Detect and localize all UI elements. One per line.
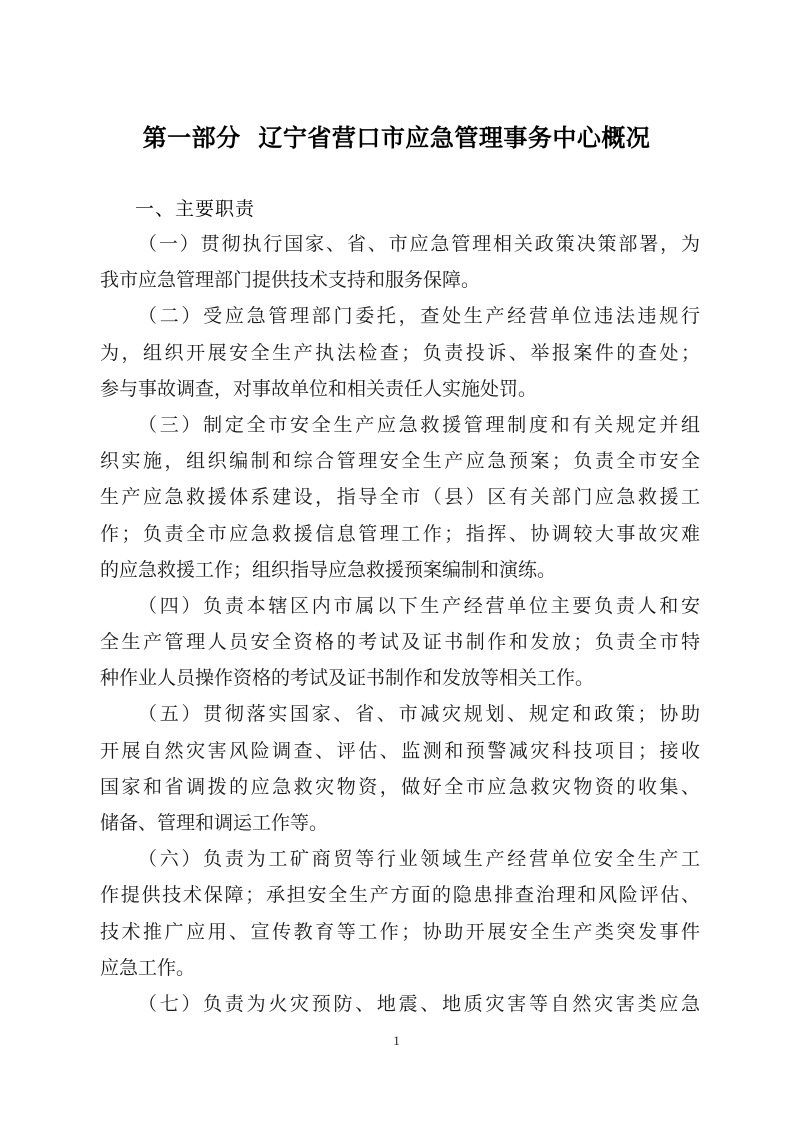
paragraph-line: 储备、管理和调运工作等。 [100, 805, 700, 841]
paragraph-line: 国家和省调拨的应急救灾物资，做好全市应急救灾物资的收集、 [100, 769, 700, 805]
body-text: （一）贯彻执行国家、省、市应急管理相关政策决策部署，为我市应急管理部门提供技术支… [100, 226, 700, 1022]
paragraph-first-line: （六）负责为工矿商贸等行业领域生产经营单位安全生产工 [100, 841, 700, 877]
section-heading: 一、主要职责 [135, 194, 255, 221]
paragraph-line: 全生产管理人员安全资格的考试及证书制作和发放；负责全市特 [100, 624, 700, 660]
paragraph-line: 应急工作。 [100, 950, 700, 986]
paragraph-line: 作；负责全市应急救援信息管理工作；指挥、协调较大事故灾难 [100, 516, 700, 552]
paragraph-line: 作提供技术保障；承担安全生产方面的隐患排查治理和风险评估、 [100, 877, 700, 913]
paragraph-line: 为，组织开展安全生产执法检查；负责投诉、举报案件的查处； [100, 335, 700, 371]
paragraph-line: 开展自然灾害风险调查、评估、监测和预警减灾科技项目；接收 [100, 733, 700, 769]
paragraph-line: 我市应急管理部门提供技术支持和服务保障。 [100, 262, 700, 298]
paragraph-first-line: （四）负责本辖区内市属以下生产经营单位主要负责人和安 [100, 588, 700, 624]
paragraph-first-line: （七）负责为火灾预防、地震、地质灾害等自然灾害类应急 [100, 986, 700, 1022]
paragraph-line: 生产应急救援体系建设，指导全市（县）区有关部门应急救援工 [100, 479, 700, 515]
paragraph-first-line: （二）受应急管理部门委托，查处生产经营单位违法违规行 [100, 298, 700, 334]
paragraph-line: 技术推广应用、宣传教育等工作；协助开展安全生产类突发事件 [100, 914, 700, 950]
document-page: 第一部分 辽宁省营口市应急管理事务中心概况 一、主要职责 （一）贯彻执行国家、省… [0, 0, 793, 1122]
paragraph-line: 织实施，组织编制和综合管理安全生产应急预案；负责全市安全 [100, 443, 700, 479]
paragraph-first-line: （三）制定全市安全生产应急救援管理制度和有关规定并组 [100, 407, 700, 443]
paragraph-line: 的应急救援工作；组织指导应急救援预案编制和演练。 [100, 552, 700, 588]
paragraph-first-line: （五）贯彻落实国家、省、市减灾规划、规定和政策；协助 [100, 696, 700, 732]
paragraph-first-line: （一）贯彻执行国家、省、市应急管理相关政策决策部署，为 [100, 226, 700, 262]
paragraph-line: 种作业人员操作资格的考试及证书制作和发放等相关工作。 [100, 660, 700, 696]
page-title: 第一部分 辽宁省营口市应急管理事务中心概况 [0, 118, 793, 153]
page-number: 1 [0, 1033, 793, 1049]
paragraph-line: 参与事故调查，对事故单位和相关责任人实施处罚。 [100, 371, 700, 407]
